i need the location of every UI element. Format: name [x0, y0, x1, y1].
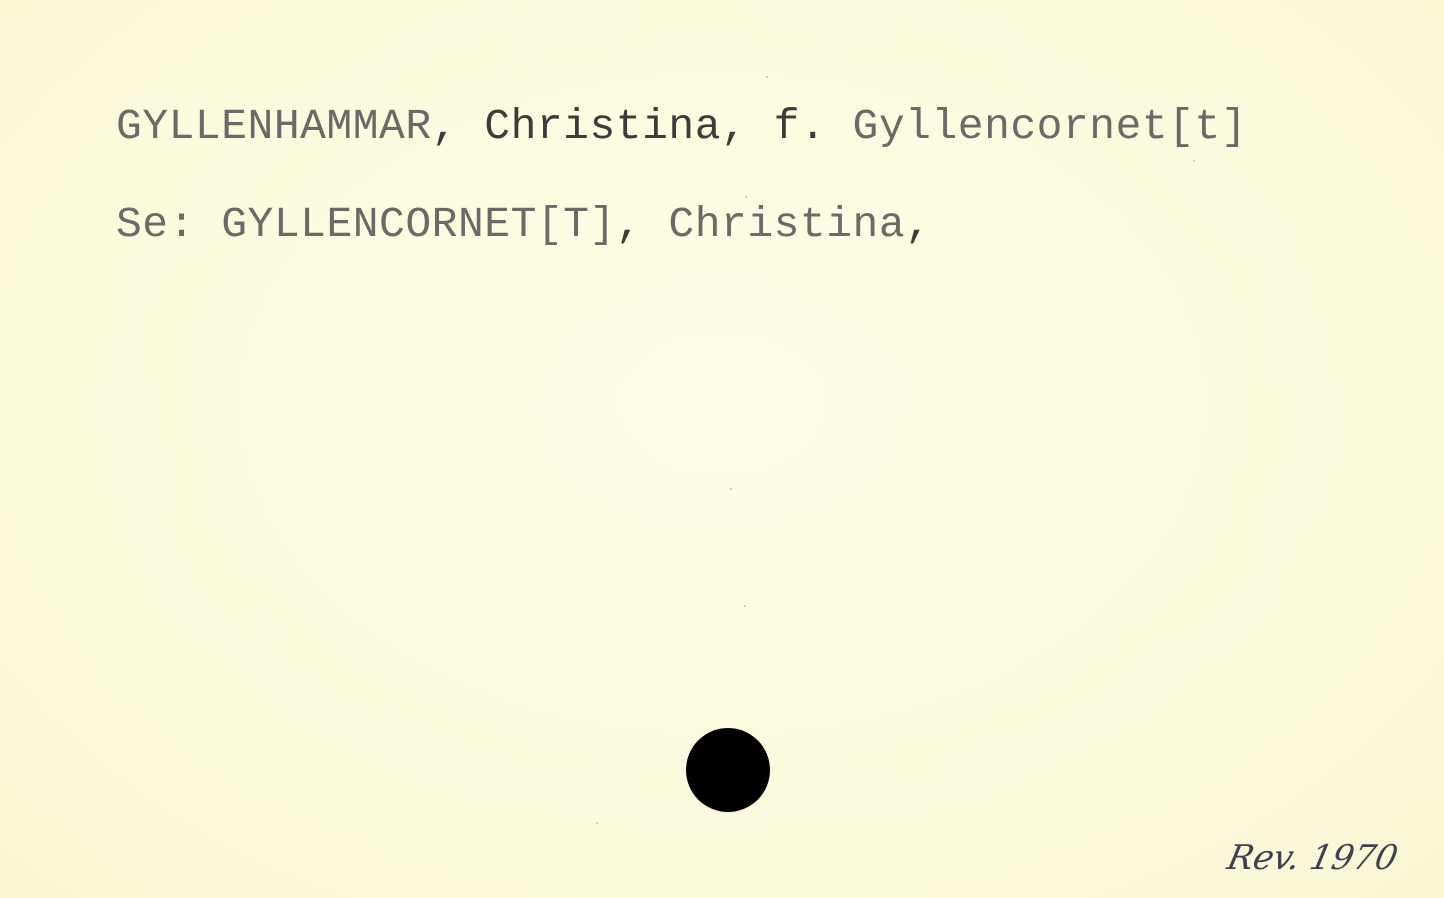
cross-reference-given-name: Christina	[642, 200, 905, 249]
heading-given-name: Christina	[458, 102, 721, 151]
heading-comma: ,	[432, 102, 458, 151]
heading-surname: GYLLENHAMMAR	[116, 102, 432, 151]
punch-hole	[686, 728, 770, 812]
see-label: Se:	[116, 200, 195, 249]
heading-comma-2: ,	[721, 102, 747, 151]
cross-reference-comma: ,	[616, 200, 642, 249]
card-heading: GYLLENHAMMAR, Christina, f. Gyllencornet…	[116, 102, 1247, 151]
cross-reference-surname: GYLLENCORNET[T]	[195, 200, 616, 249]
paper-speck	[596, 822, 598, 824]
paper-speck	[730, 488, 732, 490]
paper-speck	[1193, 160, 1195, 162]
handwritten-revision-note: Rev. 1970	[1224, 838, 1402, 878]
cross-reference-trailing-comma: ,	[905, 200, 931, 249]
catalog-card: GYLLENHAMMAR, Christina, f. Gyllencornet…	[0, 0, 1444, 898]
heading-maiden-name: Gyllencornet[t]	[826, 102, 1247, 151]
paper-speck	[766, 76, 768, 78]
paper-speck	[744, 605, 746, 607]
heading-maiden-prefix: f.	[747, 102, 826, 151]
cross-reference: Se: GYLLENCORNET[T], Christina,	[116, 200, 931, 249]
paper-speck	[745, 196, 747, 198]
